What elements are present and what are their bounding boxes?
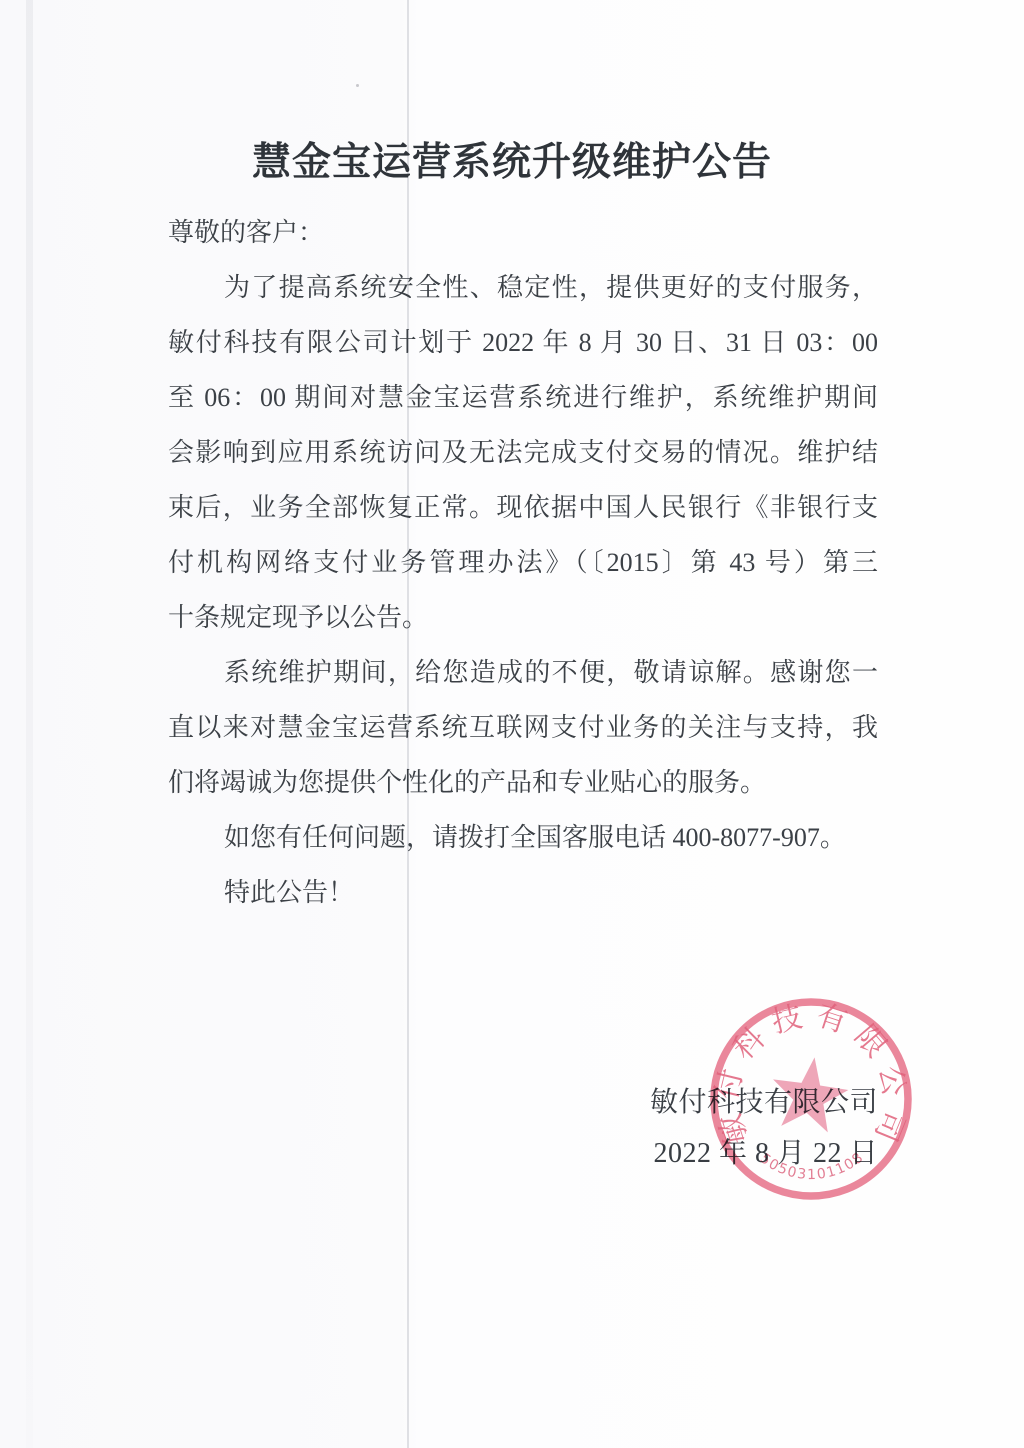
scan-speck (356, 84, 359, 87)
body-line: 直以来对慧金宝运营系统互联网支付业务的关注与支持，我 (168, 700, 878, 755)
body-line: 为了提高系统安全性、稳定性，提供更好的支付服务， (168, 260, 878, 315)
company-seal-stamp: 敏付科技有限公司 505031011082 (699, 987, 923, 1211)
body-line: 会影响到应用系统访问及无法完成支付交易的情况。维护结 (168, 425, 878, 480)
body-line: 付机构网络支付业务管理办法》（〔2015〕第 43 号）第三 (168, 535, 878, 590)
body-line: 束后，业务全部恢复正常。现依据中国人民银行《非银行支 (168, 480, 878, 535)
body-line: 如您有任何问题，请拨打全国客服电话 400-8077-907。 (168, 810, 878, 865)
seal-star-icon (767, 1052, 852, 1134)
page-title: 慧金宝运营系统升级维护公告 (0, 131, 1024, 187)
body-line: 们将竭诚为您提供个性化的产品和专业贴心的服务。 (168, 755, 878, 810)
announcement-body: 尊敬的客户： 为了提高系统安全性、稳定性，提供更好的支付服务， 敏付科技有限公司… (168, 205, 878, 920)
body-line: 特此公告！ (168, 865, 878, 920)
body-line: 敏付科技有限公司计划于 2022 年 8 月 30 日、31 日 03：00 (168, 315, 878, 370)
body-line: 至 06：00 期间对慧金宝运营系统进行维护，系统维护期间 (168, 370, 878, 425)
greeting: 尊敬的客户： (168, 205, 878, 260)
announcement-page: 慧金宝运营系统升级维护公告 尊敬的客户： 为了提高系统安全性、稳定性，提供更好的… (0, 0, 1024, 1448)
scan-edge-streak (26, 0, 33, 1448)
body-line: 系统维护期间，给您造成的不便，敬请谅解。感谢您一 (168, 645, 878, 700)
body-line: 十条规定现予以公告。 (168, 590, 878, 645)
